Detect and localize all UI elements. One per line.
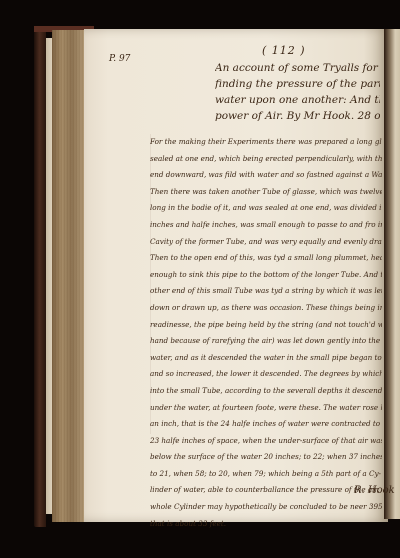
book-cover-spine [34,27,46,527]
signature: R. Hook [354,485,395,496]
reference-note: P. 97 [109,54,130,64]
body-line: down or drawn up, as there was occasion.… [150,300,382,317]
body-line: and so increased, the lower it descended… [150,366,382,383]
body-line: to 21, when 58; to 20, when 79; which be… [150,466,382,483]
folio-number: ( 112 ) [262,44,306,57]
body-line: into the small Tube, according to the se… [150,383,382,400]
manuscript-title: An account of some Tryalls for ~ finding… [205,60,380,124]
body-line: below the surface of the water 20 inches… [150,449,382,466]
page-fore-edge [52,30,85,522]
body-line: that is about 33 feet. [150,516,382,533]
body-line: long in the bodie of it, and was sealed … [150,200,382,217]
body-line: Then there was taken another Tube of gla… [150,184,382,201]
title-line: power of Air. By Mr Hook. 28 of January … [215,108,380,124]
body-line: whole Cylinder may hypothetically be con… [150,499,382,516]
body-line: water, and as it descended the water in … [150,350,382,367]
title-line: water upon one another: And the Elastica… [215,92,380,108]
body-line: Then to the open end of this, was tyd a … [150,250,382,267]
body-line: other end of this small Tube was tyd a s… [150,283,382,300]
body-line: sealed at one end, which being erected p… [150,151,382,168]
body-line: enough to sink this pipe to the bottom o… [150,267,382,284]
title-line: finding the pressure of the parts of [215,76,380,92]
body-line: hand because of rarefying the air) was l… [150,333,382,350]
body-line: end downward, was fild with water and so… [150,167,382,184]
body-line: Cavity of the former Tube, and was very … [150,234,382,251]
title-line: An account of some Tryalls for ~ [215,60,380,76]
book-gutter [384,29,400,519]
body-line: under the water, at fourteen foote, were… [150,400,382,417]
body-line: For the making their Experiments there w… [150,134,382,151]
body-line: an inch, that is the 24 halfe inches of … [150,416,382,433]
body-line: 23 halfe inches of space, when the under… [150,433,382,450]
manuscript-body: For the making their Experiments there w… [150,134,382,532]
body-line: linder of water, able to counterballance… [150,482,382,499]
body-line: inches and halfe inches, was small enoug… [150,217,382,234]
body-line: readinesse, the pipe being held by the s… [150,317,382,334]
